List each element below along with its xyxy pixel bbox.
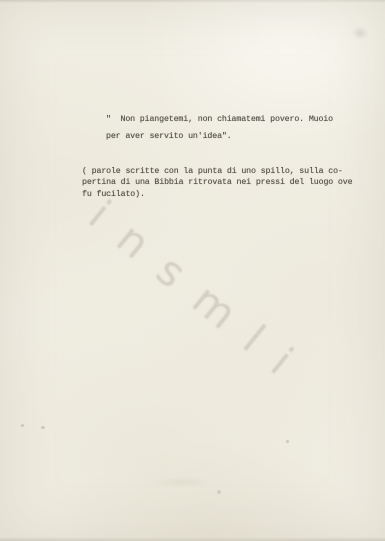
note-line-1: ( parole scritte con la punta di uno spi…: [82, 166, 352, 177]
scanned-document-page: insmli " Non piangetemi, non chiamatemi …: [0, 0, 385, 541]
paper-speck: [41, 426, 45, 429]
note-line-3: fu fucilato).: [82, 189, 352, 200]
paper-speck: [21, 424, 24, 427]
paper-speck: [286, 440, 289, 443]
archive-watermark: insmli: [82, 194, 319, 397]
note-line-2: pertina di una Bibbia ritrovata nei pres…: [82, 177, 352, 188]
quote-line-2: per aver servito un'idea".: [106, 128, 333, 145]
paper-crease: [152, 478, 212, 486]
quote-line-1: " Non piangetemi, non chiamatemi povero.…: [106, 111, 333, 128]
note-block: ( parole scritte con la punta di uno spi…: [82, 166, 352, 200]
paper-smudge: [352, 27, 368, 39]
quote-block: " Non piangetemi, non chiamatemi povero.…: [106, 111, 333, 145]
paper-speck: [217, 490, 221, 494]
